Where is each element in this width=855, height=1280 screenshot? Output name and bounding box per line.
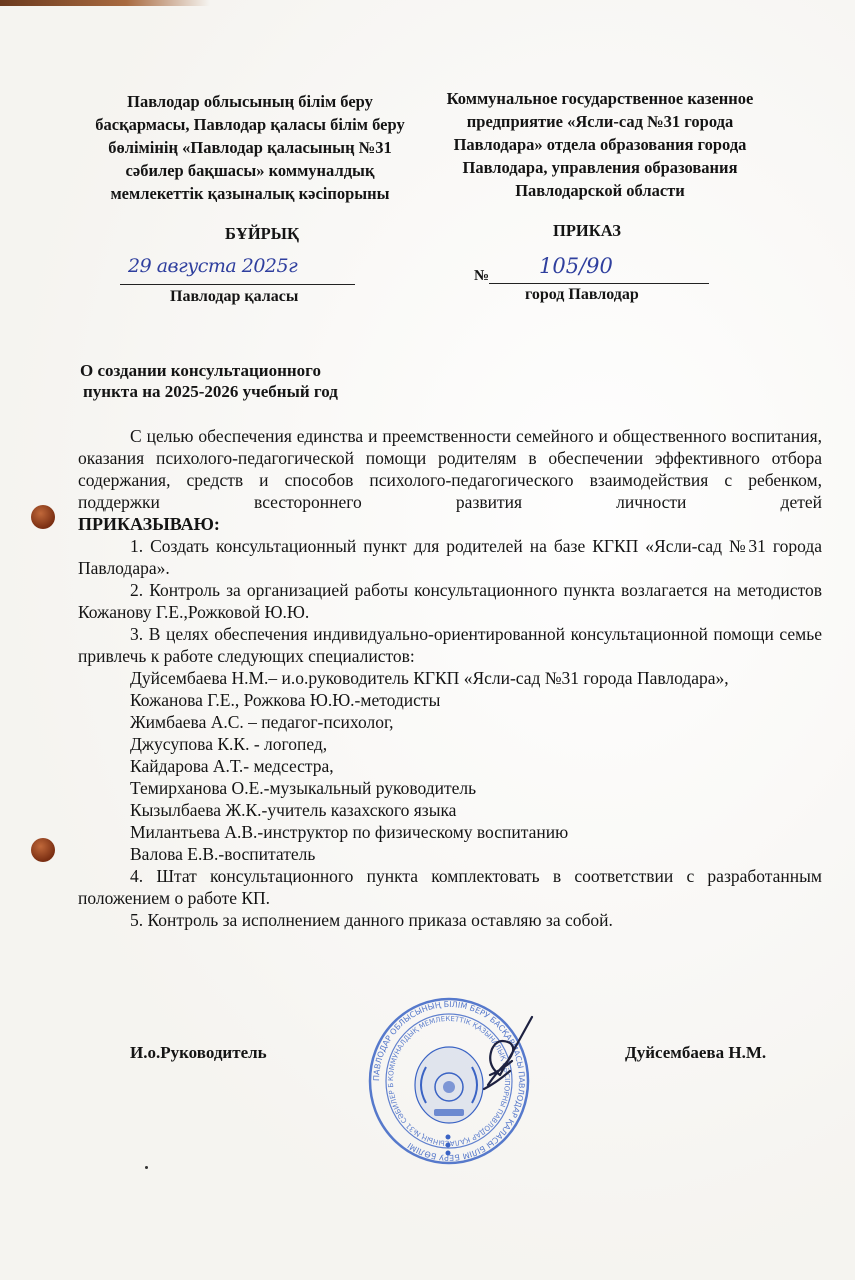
date-field: 29 августа 2025г — [120, 258, 355, 285]
header-kazakh: Павлодар облысының білім беру басқармасы… — [80, 90, 420, 205]
preamble: С целью обеспечения единства и преемстве… — [78, 425, 822, 513]
specialist-item: Кызылбаева Ж.К.-учитель казахского языка — [130, 799, 822, 821]
header-line: бөлімінің «Павлодар қаласының №31 — [80, 136, 420, 159]
header-line: Павлодарской области — [410, 179, 790, 202]
doc-type-russian: ПРИКАЗ — [553, 221, 621, 241]
order-body: С целью обеспечения единства и преемстве… — [78, 425, 822, 931]
subject-line: пункта на 2025-2026 учебный год — [80, 381, 338, 402]
number-label: № — [474, 268, 489, 285]
specialist-item: Кайдарова А.Т.- медсестра, — [130, 755, 822, 777]
signatory-name: Дуйсембаева Н.М. — [625, 1043, 766, 1063]
item-3: 3. В целях обеспечения индивидуально-ори… — [78, 623, 822, 667]
city-kazakh: Павлодар қаласы — [170, 288, 298, 306]
header-russian: Коммунальное государственное казенное пр… — [410, 87, 790, 202]
order-word: ПРИКАЗЫВАЮ: — [78, 513, 822, 535]
city-russian: город Павлодар — [525, 286, 639, 304]
header-line: Павлодара» отдела образования города — [410, 133, 790, 156]
handwritten-number: 105/90 — [539, 254, 613, 278]
specialist-item: Жимбаева А.С. – педагог-психолог, — [130, 711, 822, 733]
specialist-item: Милантьева А.В.-инструктор по физическом… — [130, 821, 822, 843]
item-1: 1. Создать консультационный пункт для ро… — [78, 535, 822, 579]
punch-hole — [31, 838, 55, 862]
signatory-role: И.о.Руководитель — [130, 1043, 267, 1063]
specialist-item: Кожанова Г.Е., Рожкова Ю.Ю.-методисты — [130, 689, 822, 711]
order-subject: О создании консультационного пункта на 2… — [80, 360, 338, 402]
header-line: мемлекеттік қазыналық кәсіпорыны — [80, 182, 420, 205]
handwritten-date: 29 августа 2025г — [128, 255, 297, 277]
header-line: сәбилер бақшасы» коммуналдық — [80, 159, 420, 182]
specialist-item: Темирханова О.Е.-музыкальный руководител… — [130, 777, 822, 799]
header-line: Павлодара, управления образования — [410, 156, 790, 179]
binder-edge — [0, 0, 210, 6]
item-4: 4. Штат консультационного пункта комплек… — [78, 865, 822, 909]
header-line: предприятие «Ясли-сад №31 города — [410, 110, 790, 133]
specialist-item: Джусупова К.К. - логопед, — [130, 733, 822, 755]
header-line: Павлодар облысының білім беру — [80, 90, 420, 113]
header-line: басқармасы, Павлодар қаласы білім беру — [80, 113, 420, 136]
document-page: Павлодар облысының білім беру басқармасы… — [0, 0, 855, 1280]
item-5: 5. Контроль за исполнением данного прика… — [78, 909, 822, 931]
specialists-list: Кожанова Г.Е., Рожкова Ю.Ю.-методисты Жи… — [78, 689, 822, 865]
number-field: 105/90 — [489, 258, 709, 284]
specialist-item: Валова Е.В.-воспитатель — [130, 843, 822, 865]
specialist-first: Дуйсембаева Н.М.– и.о.руководитель КГКП … — [78, 667, 822, 689]
handwritten-signature-icon — [470, 1015, 540, 1095]
doc-type-kazakh: БҰЙРЫҚ — [225, 224, 299, 244]
subject-line: О создании консультационного — [80, 360, 338, 381]
ink-dot — [145, 1166, 148, 1169]
item-2: 2. Контроль за организацией работы консу… — [78, 579, 822, 623]
punch-hole — [31, 505, 55, 529]
header-line: Коммунальное государственное казенное — [410, 87, 790, 110]
